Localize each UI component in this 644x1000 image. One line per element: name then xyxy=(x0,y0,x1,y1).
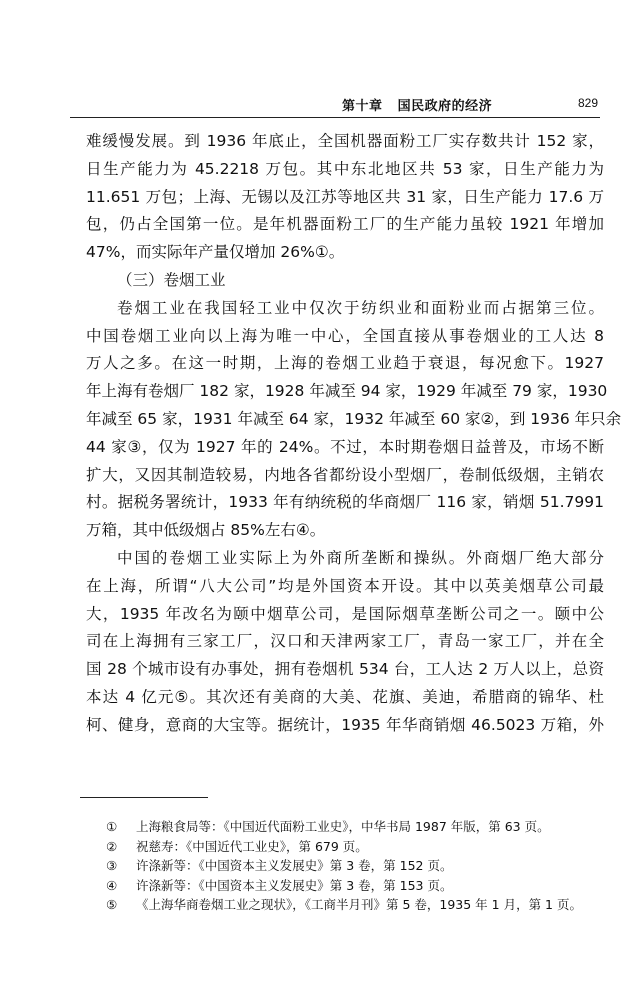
footnote: ④ 许涤新等：《中国资本主义发展史》第 3 卷，第 153 页。 xyxy=(106,876,626,896)
text-line: 年上海有卷烟厂 182 家，1928 年减至 94 家，1929 年减至 79 … xyxy=(86,378,604,406)
text-line: 国 28 个城市设有办事处，拥有卷烟机 534 台，工人达 2 万人以上，总资 xyxy=(86,656,604,684)
section-heading: （三）卷烟工业 xyxy=(86,267,604,295)
text-line: 万人之多。在这一时期，上海的卷烟工业趋于衰退，每况愈下。1927 xyxy=(86,350,604,378)
footnote-text: 祝慈寿：《中国近代工业史》，第 679 页。 xyxy=(136,837,368,857)
text-line: 柯、健身，意商的大宝等。据统计，1935 年华商销烟 46.5023 万箱，外 xyxy=(86,712,604,740)
page-number: 829 xyxy=(578,96,598,110)
footnote-text: 许涤新等：《中国资本主义发展史》第 3 卷，第 153 页。 xyxy=(136,876,452,896)
text-line: 难缓慢发展。到 1936 年底止，全国机器面粉工厂实存数共计 152 家， xyxy=(86,128,604,156)
text-line: 司在上海拥有三家工厂，汉口和天津两家工厂，青岛一家工厂，并在全 xyxy=(86,628,604,656)
footnote-mark: ⑤ xyxy=(106,895,136,915)
text-line: 大，1935 年改名为颐中烟草公司，是国际烟草垄断公司之一。颐中公 xyxy=(86,601,604,629)
text-line: 中国卷烟工业向以上海为唯一中心，全国直接从事卷烟业的工人达 8 xyxy=(86,323,604,351)
footnote-mark: ① xyxy=(106,817,136,837)
footnote-mark: ② xyxy=(106,837,136,857)
text-line: 扩大，又因其制造较易，内地各省都纷设小型烟厂，卷制低级烟，主销农 xyxy=(86,462,604,490)
footnote-mark: ④ xyxy=(106,876,136,896)
text-line: 日生产能力为 45.2218 万包。其中东北地区共 53 家，日生产能力为 xyxy=(86,156,604,184)
footnotes: ① 上海粮食局等：《中国近代面粉工业史》，中华书局 1987 年版，第 63 页… xyxy=(106,817,626,915)
footnote: ③ 许涤新等：《中国资本主义发展史》第 3 卷，第 152 页。 xyxy=(106,856,626,876)
footnote-text: 上海粮食局等：《中国近代面粉工业史》，中华书局 1987 年版，第 63 页。 xyxy=(136,817,550,837)
text-line: 中国的卷烟工业实际上为外商所垄断和操纵。外商烟厂绝大部分 xyxy=(86,545,604,573)
running-head: 第十章 国民政府的经济 829 xyxy=(70,93,600,115)
footnote: ② 祝慈寿：《中国近代工业史》，第 679 页。 xyxy=(106,837,626,857)
text-line: 本达 4 亿元⑤。其次还有美商的大美、花旗、美迪，希腊商的锦华、杜 xyxy=(86,684,604,712)
footnote-separator xyxy=(80,797,208,798)
book-page: 第十章 国民政府的经济 829 难缓慢发展。到 1936 年底止，全国机器面粉工… xyxy=(0,0,644,1000)
body-text: 难缓慢发展。到 1936 年底止，全国机器面粉工厂实存数共计 152 家， 日生… xyxy=(86,128,604,740)
footnote: ① 上海粮食局等：《中国近代面粉工业史》，中华书局 1987 年版，第 63 页… xyxy=(106,817,626,837)
text-line: 村。据税务署统计，1933 年有纳统税的华商烟厂 116 家，销烟 51.799… xyxy=(86,489,604,517)
text-line: 包，仍占全国第一位。是年机器面粉工厂的生产能力虽较 1921 年增加 xyxy=(86,211,604,239)
header-rule xyxy=(70,117,600,118)
text-line: 万箱，其中低级烟占 85%左右④。 xyxy=(86,517,604,545)
text-line: 44 家③，仅为 1927 年的 24%。不过，本时期卷烟日益普及，市场不断 xyxy=(86,434,604,462)
chapter-title: 第十章 国民政府的经济 xyxy=(342,95,492,114)
footnote-text: 《上海华商卷烟工业之现状》，《工商半月刊》第 5 卷，1935 年 1 月，第 … xyxy=(136,895,582,915)
text-line: 在上海，所谓“八大公司”均是外国资本开设。其中以英美烟草公司最 xyxy=(86,573,604,601)
text-line: 47%，而实际年产量仅增加 26%①。 xyxy=(86,239,604,267)
text-line: 年减至 65 家，1931 年减至 64 家，1932 年减至 60 家②，到 … xyxy=(86,406,604,434)
text-line: 卷烟工业在我国轻工业中仅次于纺织业和面粉业而占据第三位。 xyxy=(86,295,604,323)
footnote: ⑤ 《上海华商卷烟工业之现状》，《工商半月刊》第 5 卷，1935 年 1 月，… xyxy=(106,895,626,915)
text-line: 11.651 万包；上海、无锡以及江苏等地区共 31 家，日生产能力 17.6 … xyxy=(86,184,604,212)
footnote-mark: ③ xyxy=(106,856,136,876)
footnote-text: 许涤新等：《中国资本主义发展史》第 3 卷，第 152 页。 xyxy=(136,856,452,876)
